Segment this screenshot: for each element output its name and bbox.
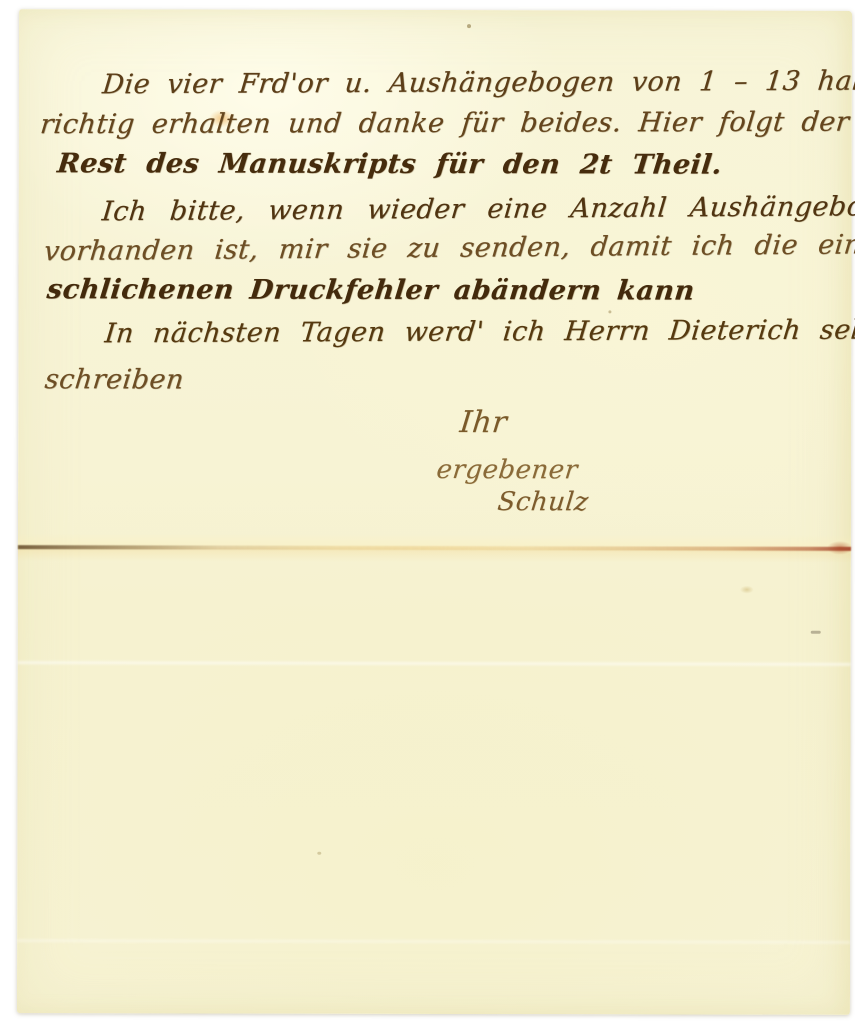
paper-speckle — [740, 586, 754, 594]
scan-artifact-line — [18, 661, 851, 666]
handwriting-line: Rest des Manuskripts für den 2t Theil. — [56, 148, 724, 180]
signature-closing: Ihr — [458, 405, 509, 440]
letter-page: Die vier Frd'or u. Aushängebogen von 1 –… — [17, 9, 852, 1015]
handwriting-line: Ich bitte, wenn wieder eine Anzahl Aushä… — [101, 191, 855, 227]
paper-speckle — [317, 852, 321, 855]
handwriting-line: Die vier Frd'or u. Aushängebogen von 1 –… — [101, 65, 855, 100]
paper-speckle — [811, 631, 821, 634]
handwriting-line: In nächsten Tagen werd' ich Herrn Dieter… — [103, 314, 855, 349]
signature-name: Schulz — [496, 487, 590, 517]
signature-valediction: ergebener — [435, 455, 579, 485]
handwriting-line: schreiben — [43, 364, 185, 395]
scan-artifact-line — [17, 939, 850, 944]
paper-speckle — [467, 24, 471, 28]
handwriting-line: vorhanden ist, mir sie zu senden, damit … — [43, 229, 855, 267]
paper-speckle — [608, 310, 611, 313]
fold-crease-stain — [827, 541, 853, 555]
scanned-letter: Die vier Frd'or u. Aushängebogen von 1 –… — [0, 0, 855, 1024]
handwriting-line: schlichenen Druckfehler abändern kann — [45, 274, 696, 306]
handwriting-line: richtig erhalten und danke für beides. H… — [39, 107, 851, 141]
